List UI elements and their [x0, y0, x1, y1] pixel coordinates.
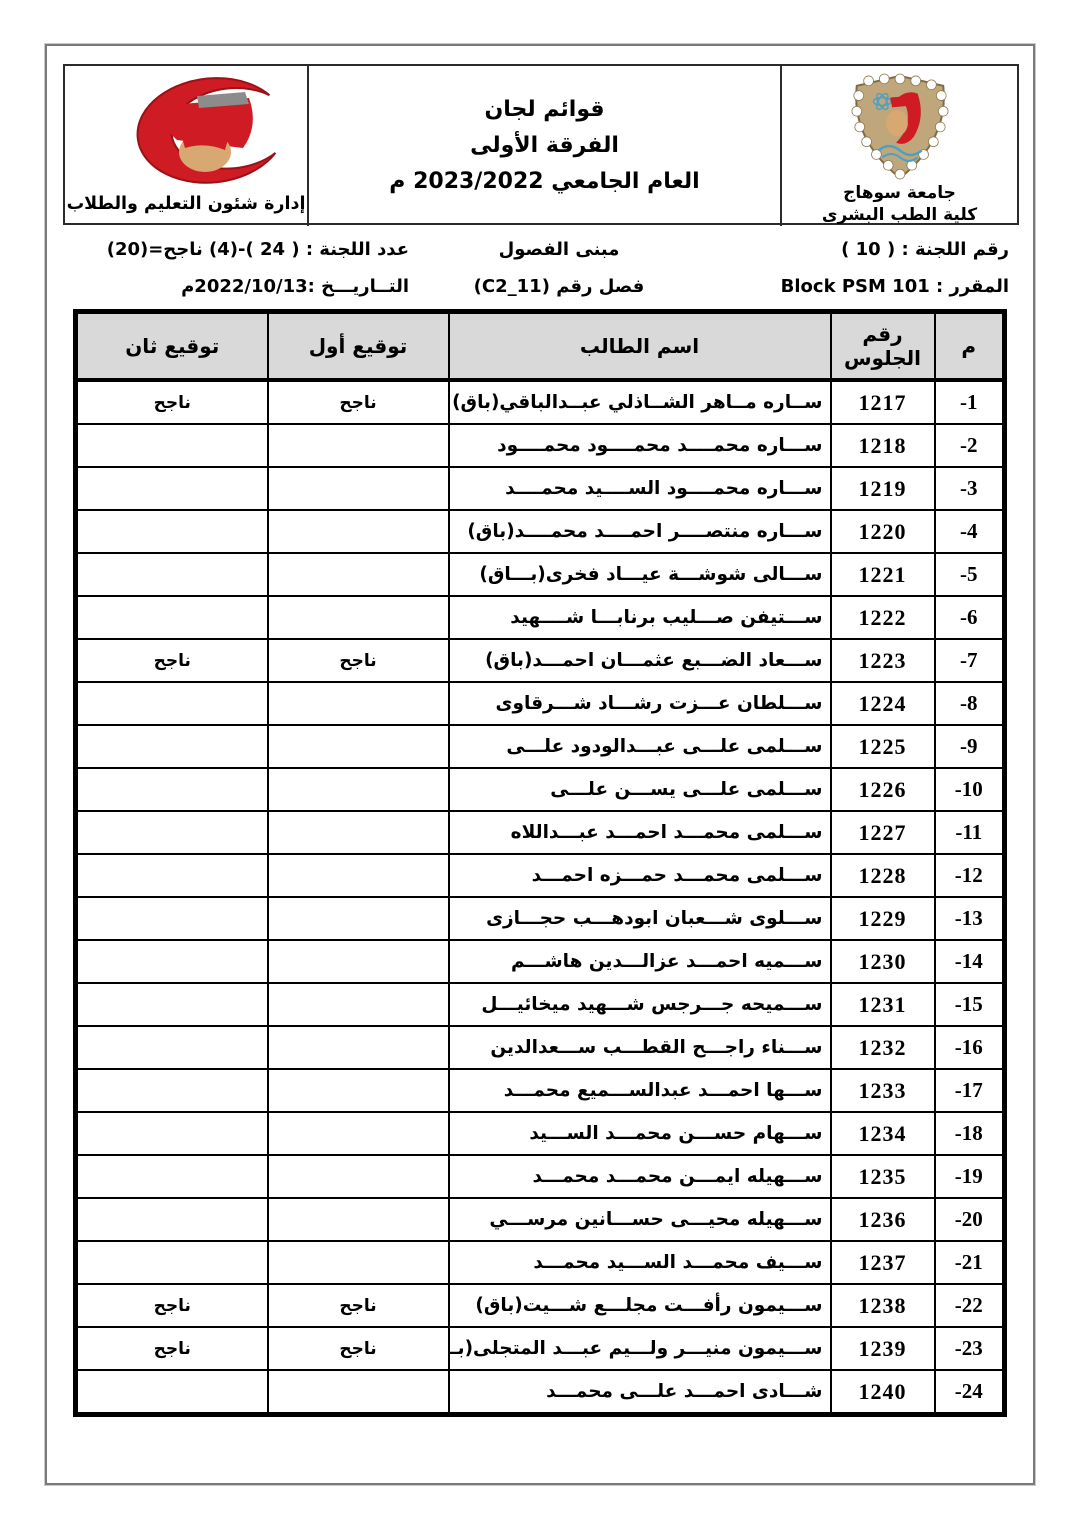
first-signature-cell [268, 897, 449, 940]
student-name-cell: ســـعاد الضـــبع عثمـــان احمـــد(باق) [449, 639, 831, 682]
table-row: -20 1236 ســـهيله محيـــى حســـانين مرسـ… [76, 1198, 1005, 1241]
page-title: قوائم لجان [484, 92, 604, 128]
table-row: -6 1222 ســـتيفن صـــليب برنابـــا شــــ… [76, 596, 1005, 639]
second-signature-cell [76, 1069, 268, 1112]
second-signature-cell [76, 596, 268, 639]
student-name-cell: ســـاره محمــــد محمــــود محمــــود [449, 424, 831, 467]
table-row: -16 1232 ســـناء راجـــح القطـــب ســـعد… [76, 1026, 1005, 1069]
student-name-cell: ســـلمى علـــى عبـــدالودود علـــى [449, 725, 831, 768]
second-signature-cell: ناجح [76, 1284, 268, 1327]
table-row: -7 1223 ســـعاد الضـــبع عثمـــان احمـــ… [76, 639, 1005, 682]
first-signature-cell [268, 983, 449, 1026]
second-signature-cell [76, 424, 268, 467]
seat-number-cell: 1226 [831, 768, 935, 811]
table-row: -10 1226 ســـلمى علـــى يســـن علـــى [76, 768, 1005, 811]
col-header-seat: رقم الجلوس [831, 312, 935, 381]
svg-text:جامعة سوهاج: جامعة سوهاج [77, 74, 137, 128]
second-signature-cell: ناجح [76, 1327, 268, 1370]
seat-number-cell: 1229 [831, 897, 935, 940]
room-number: فصل رقم (C2_11) [409, 276, 709, 297]
first-signature-cell: ناجح [268, 1284, 449, 1327]
first-signature-cell [268, 768, 449, 811]
first-signature-cell [268, 854, 449, 897]
seat-number-cell: 1227 [831, 811, 935, 854]
seat-number-cell: 1232 [831, 1026, 935, 1069]
student-name-cell: ســـاره منتصــــر احمــــد محمــــد(باق) [449, 510, 831, 553]
second-signature-cell [76, 983, 268, 1026]
table-row: -3 1219 ســـاره محمــــود الســــيد محمـ… [76, 467, 1005, 510]
student-name-cell: ســـلوى شـــعبان ابودهـــب حجـــازى [449, 897, 831, 940]
table-row: -4 1220 ســـاره منتصــــر احمــــد محمــ… [76, 510, 1005, 553]
row-number-cell: -12 [935, 854, 1005, 897]
document-page: جامعة سوهاج كلية الطب البشرى قوائم لجان … [0, 0, 1087, 1536]
first-signature-cell [268, 1026, 449, 1069]
student-name-cell: ســاره مــاهر الشــاذلي عبــدالباقي(باق) [449, 380, 831, 424]
first-signature-cell [268, 940, 449, 983]
student-name-cell: شـــادى احمـــد علـــى محمـــد [449, 1370, 831, 1415]
document-header: جامعة سوهاج كلية الطب البشرى قوائم لجان … [63, 64, 1019, 225]
second-signature-cell [76, 854, 268, 897]
seat-number-cell: 1217 [831, 380, 935, 424]
first-signature-cell [268, 1069, 449, 1112]
second-signature-cell [76, 1155, 268, 1198]
first-signature-cell [268, 510, 449, 553]
seat-number-cell: 1228 [831, 854, 935, 897]
table-row: -23 1239 ســـيمون منيـــر ولـــيم عبـــد… [76, 1327, 1005, 1370]
col-header-first-signature: توقيع أول [268, 312, 449, 381]
first-signature-cell: ناجح [268, 1327, 449, 1370]
seat-number-cell: 1237 [831, 1241, 935, 1284]
sohag-university-shield-logo-icon [841, 72, 959, 182]
first-signature-cell [268, 596, 449, 639]
row-number-cell: -6 [935, 596, 1005, 639]
seat-number-cell: 1238 [831, 1284, 935, 1327]
student-name-cell: ســـهام حســـن محمـــد الســـيد [449, 1112, 831, 1155]
committee-number: رقم اللجنة : ( 10 ) [709, 239, 1019, 260]
student-name-cell: ســـها احمـــد عبدالســـميع محمـــد [449, 1069, 831, 1112]
row-number-cell: -9 [935, 725, 1005, 768]
first-signature-cell [268, 725, 449, 768]
roster-header-row: م رقم الجلوس اسم الطالب توقيع أول توقيع … [76, 312, 1005, 381]
table-row: -22 1238 ســـيمون رأفـــت مجلـــع شـــيت… [76, 1284, 1005, 1327]
student-name-cell: ســـيمون رأفـــت مجلـــع شـــيت(باق) [449, 1284, 831, 1327]
col-header-second-signature: توقيع ثان [76, 312, 268, 381]
row-number-cell: -10 [935, 768, 1005, 811]
row-number-cell: -24 [935, 1370, 1005, 1415]
second-signature-cell [76, 682, 268, 725]
student-name-cell: ســـالى شوشـــة عيـــاد فخرى(بـــاق) [449, 553, 831, 596]
student-name-cell: ســـيف محمـــد الســـيد محمـــد [449, 1241, 831, 1284]
table-row: -9 1225 ســـلمى علـــى عبـــدالودود علــ… [76, 725, 1005, 768]
table-row: -12 1228 ســـلمى محمـــد حمـــزه احمـــد [76, 854, 1005, 897]
row-number-cell: -1 [935, 380, 1005, 424]
university-name: جامعة سوهاج [843, 182, 956, 204]
page-subtitle-year-group: الفرقة الأولى [470, 128, 619, 164]
seat-number-cell: 1235 [831, 1155, 935, 1198]
table-row: -17 1233 ســـها احمـــد عبدالســـميع محم… [76, 1069, 1005, 1112]
department-name: إدارة شئون التعليم والطلاب [67, 194, 306, 214]
students-roster-table: م رقم الجلوس اسم الطالب توقيع أول توقيع … [73, 309, 1007, 1417]
table-row: -13 1229 ســـلوى شـــعبان ابودهـــب حجــ… [76, 897, 1005, 940]
student-name-cell: ســـهيله ايمـــن محمـــد محمـــد [449, 1155, 831, 1198]
row-number-cell: -21 [935, 1241, 1005, 1284]
student-name-cell: ســـيمون منيـــر ولـــيم عبـــد المتجلى(… [449, 1327, 831, 1370]
first-signature-cell: ناجح [268, 380, 449, 424]
second-signature-cell [76, 1198, 268, 1241]
student-name-cell: ســـميحه جـــرجس شـــهيد ميخائيـــل [449, 983, 831, 1026]
title-cell: قوائم لجان الفرقة الأولى العام الجامعي 2… [309, 66, 782, 226]
second-signature-cell [76, 1112, 268, 1155]
row-number-cell: -7 [935, 639, 1005, 682]
first-signature-cell [268, 1198, 449, 1241]
seat-number-cell: 1224 [831, 682, 935, 725]
row-number-cell: -17 [935, 1069, 1005, 1112]
committee-count: عدد اللجنة : ( 24 )-(4) ناجح=(20) [63, 239, 409, 260]
second-signature-cell: ناجح [76, 639, 268, 682]
student-name-cell: ســـتيفن صـــليب برنابـــا شــــهيد [449, 596, 831, 639]
second-signature-cell [76, 467, 268, 510]
student-name-cell: ســـاره محمــــود الســــيد محمــــد [449, 467, 831, 510]
first-signature-cell [268, 467, 449, 510]
table-row: -18 1234 ســـهام حســـن محمـــد الســـيد [76, 1112, 1005, 1155]
row-number-cell: -11 [935, 811, 1005, 854]
seat-number-cell: 1220 [831, 510, 935, 553]
row-number-cell: -3 [935, 467, 1005, 510]
student-name-cell: ســـلطان عـــزت رشـــاد شـــرقاوى [449, 682, 831, 725]
second-signature-cell [76, 1370, 268, 1415]
seat-number-cell: 1221 [831, 553, 935, 596]
student-name-cell: ســـلمى محمـــد احمـــد عبـــداللاه [449, 811, 831, 854]
col-header-name: اسم الطالب [449, 312, 831, 381]
seat-number-cell: 1218 [831, 424, 935, 467]
table-row: -15 1231 ســـميحه جـــرجس شـــهيد ميخائي… [76, 983, 1005, 1026]
roster-body: -1 1217 ســاره مــاهر الشــاذلي عبــدالب… [76, 380, 1005, 1415]
seat-number-cell: 1239 [831, 1327, 935, 1370]
seat-number-cell: 1219 [831, 467, 935, 510]
university-header-cell: جامعة سوهاج كلية الطب البشرى [782, 66, 1017, 226]
seat-number-cell: 1231 [831, 983, 935, 1026]
second-signature-cell [76, 768, 268, 811]
row-number-cell: -15 [935, 983, 1005, 1026]
row-number-cell: -14 [935, 940, 1005, 983]
building-name: مبنى الفصول [409, 239, 709, 260]
table-row: -24 1240 شـــادى احمـــد علـــى محمـــد [76, 1370, 1005, 1415]
first-signature-cell [268, 424, 449, 467]
table-row: -19 1235 ســـهيله ايمـــن محمـــد محمـــ… [76, 1155, 1005, 1198]
faculty-medicine-crescent-logo-icon: جامعة سوهاج كلية الطب [77, 74, 295, 192]
second-signature-cell [76, 510, 268, 553]
seat-number-cell: 1233 [831, 1069, 935, 1112]
row-number-cell: -23 [935, 1327, 1005, 1370]
table-row: -5 1221 ســـالى شوشـــة عيـــاد فخرى(بــ… [76, 553, 1005, 596]
table-row: -21 1237 ســـيف محمـــد الســـيد محمـــد [76, 1241, 1005, 1284]
second-signature-cell [76, 897, 268, 940]
second-signature-cell: ناجح [76, 380, 268, 424]
row-number-cell: -16 [935, 1026, 1005, 1069]
seat-number-cell: 1225 [831, 725, 935, 768]
row-number-cell: -19 [935, 1155, 1005, 1198]
seat-number-cell: 1240 [831, 1370, 935, 1415]
row-number-cell: -5 [935, 553, 1005, 596]
first-signature-cell [268, 553, 449, 596]
col-header-number: م [935, 312, 1005, 381]
student-name-cell: ســـلمى علـــى يســـن علـــى [449, 768, 831, 811]
seat-number-cell: 1223 [831, 639, 935, 682]
table-row: -1 1217 ســاره مــاهر الشــاذلي عبــدالب… [76, 380, 1005, 424]
first-signature-cell: ناجح [268, 639, 449, 682]
second-signature-cell [76, 725, 268, 768]
first-signature-cell [268, 682, 449, 725]
second-signature-cell [76, 940, 268, 983]
student-name-cell: ســـناء راجـــح القطـــب ســـعدالدين [449, 1026, 831, 1069]
course-code: المقرر : Block PSM 101 [709, 276, 1019, 297]
faculty-name: كلية الطب البشرى [822, 204, 977, 226]
sheet-border: جامعة سوهاج كلية الطب البشرى قوائم لجان … [45, 44, 1035, 1485]
exam-info-section: رقم اللجنة : ( 10 ) مبنى الفصول عدد اللج… [63, 231, 1019, 305]
first-signature-cell [268, 1112, 449, 1155]
row-number-cell: -4 [935, 510, 1005, 553]
first-signature-cell [268, 1241, 449, 1284]
row-number-cell: -22 [935, 1284, 1005, 1327]
department-header-cell: جامعة سوهاج كلية الطب إدارة شئون التعليم… [65, 66, 309, 226]
table-row: -2 1218 ســـاره محمــــد محمــــود محمــ… [76, 424, 1005, 467]
student-name-cell: ســـميه احمـــد عزالـــدين هاشـــم [449, 940, 831, 983]
row-number-cell: -20 [935, 1198, 1005, 1241]
seat-number-cell: 1234 [831, 1112, 935, 1155]
second-signature-cell [76, 553, 268, 596]
second-signature-cell [76, 811, 268, 854]
logo-text-top: جامعة سوهاج [77, 74, 137, 128]
second-signature-cell [76, 1026, 268, 1069]
page-subtitle-academic-year: العام الجامعي 2023/2022 م [389, 164, 699, 200]
seat-number-cell: 1230 [831, 940, 935, 983]
exam-date: التــاريـــخ :2022/10/13م [63, 276, 409, 297]
first-signature-cell [268, 1370, 449, 1415]
seat-number-cell: 1222 [831, 596, 935, 639]
student-name-cell: ســـلمى محمـــد حمـــزه احمـــد [449, 854, 831, 897]
first-signature-cell [268, 1155, 449, 1198]
seat-number-cell: 1236 [831, 1198, 935, 1241]
table-row: -11 1227 ســـلمى محمـــد احمـــد عبـــدا… [76, 811, 1005, 854]
row-number-cell: -2 [935, 424, 1005, 467]
table-row: -8 1224 ســـلطان عـــزت رشـــاد شـــرقاو… [76, 682, 1005, 725]
first-signature-cell [268, 811, 449, 854]
table-row: -14 1230 ســـميه احمـــد عزالـــدين هاشـ… [76, 940, 1005, 983]
second-signature-cell [76, 1241, 268, 1284]
row-number-cell: -18 [935, 1112, 1005, 1155]
row-number-cell: -13 [935, 897, 1005, 940]
student-name-cell: ســـهيله محيـــى حســـانين مرســـي [449, 1198, 831, 1241]
row-number-cell: -8 [935, 682, 1005, 725]
